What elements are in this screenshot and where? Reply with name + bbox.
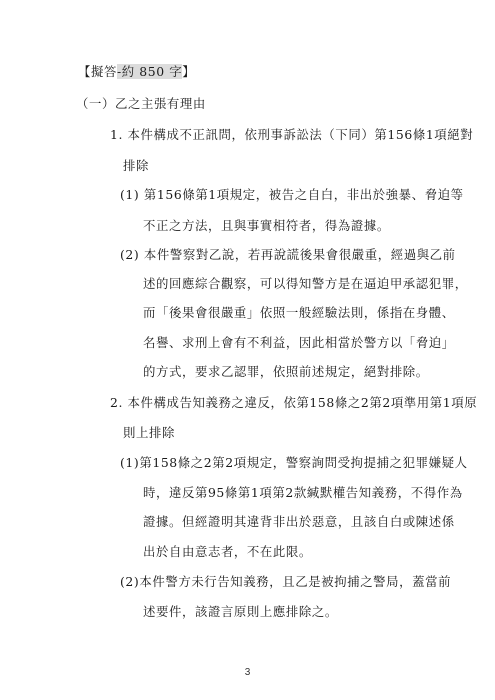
page-number: 3 [0,667,495,678]
item-1-sub-1-line-2: 不正之方法，且與事實相符者，得為證據。 [143,218,390,234]
header-close-bracket: 】 [182,64,195,79]
item-2-sub-1-line-1: (1)第158條之2第2項規定，警察詢問受拘提捕之犯罪嫌疑人 [120,455,468,471]
item-1-sub-2-line-2: 述的回應綜合觀察，可以得知警方是在逼迫甲承認犯罪， [143,276,468,292]
item-2-sub-1-line-2: 時，違反第95條第1項第2款緘默權告知義務，不得作為 [143,485,463,501]
item-1-line-1: 1. 本件構成不正訊問，依刑事訴訟法（下同）第156條1項絕對 [110,127,473,143]
item-1-sub-2-line-1: (2) 本件警察對乙說，若再說謊後果會很嚴重，經過與乙前 [120,247,456,263]
item-1-sub-2-line-4: 名譽、求刑上會有不利益，因此相當於警方以「脅迫」 [143,335,455,351]
item-2-line-2: 則上排除 [123,425,175,441]
item-1-sub-1-line-1: (1) 第156條第1項規定，被告之自白，非出於強暴、脅迫等 [120,187,464,203]
item-2-line-1: 2. 本件構成告知義務之違反，依第158條之2第2項準用第1項原 [110,395,477,411]
header-open-bracket: 【 [78,64,91,79]
item-2-sub-1-line-4: 出於自由意志者，不在此限。 [143,544,312,560]
item-1-line-2: 排除 [123,158,149,174]
header-label: 擬答 [91,64,117,79]
answer-header: 【擬答-約 850 字】 [78,64,195,80]
section-title: （一）乙之主張有理由 [76,96,206,112]
item-2-sub-2-line-1: (2)本件警方未行告知義務，且乙是被拘捕之警局，蓋當前 [120,574,451,590]
header-word-count-highlight: -約 850 字 [117,64,182,79]
item-2-sub-1-line-3: 證據。但經證明其違背非出於惡意，且該自白或陳述係 [143,514,455,530]
item-2-sub-2-line-2: 述要件，該證言原則上應排除之。 [143,604,338,620]
item-1-sub-2-line-3: 而「後果會很嚴重」依照一般經驗法則，係指在身體、 [143,305,455,321]
item-1-sub-2-line-5: 的方式，要求乙認罪，依照前述規定，絕對排除。 [143,364,429,380]
